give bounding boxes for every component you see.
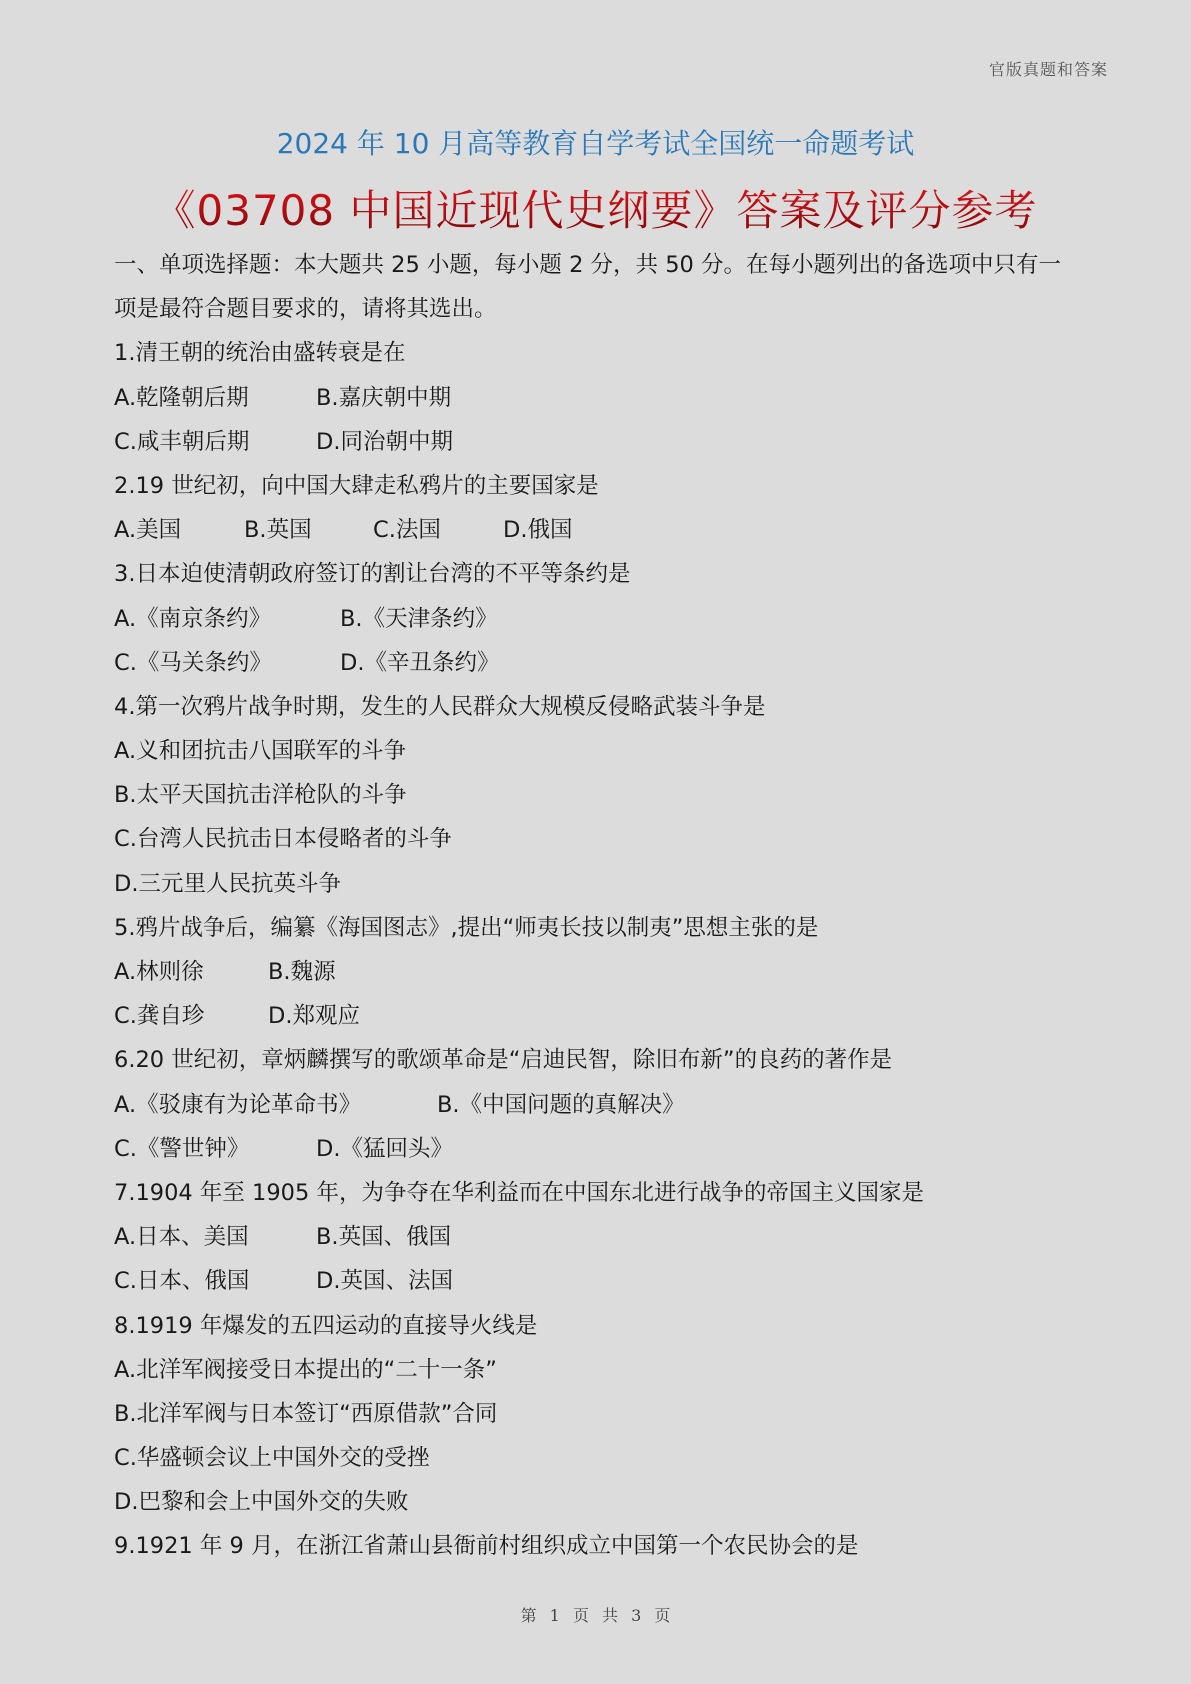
options-row: C.《警世钟》D.《猛回头》 [114,1127,1104,1171]
options-row: C.龚自珍D.郑观应 [114,994,1104,1038]
options-row: A.日本、美国B.英国、俄国 [114,1215,1104,1259]
option-c: C.华盛顿会议上中国外交的受挫 [114,1436,1104,1480]
options-row: A.《南京条约》B.《天津条约》 [114,597,1104,641]
options-row: A.乾隆朝后期B.嘉庆朝中期 [114,376,1104,420]
option-a: A.林则徐 [114,950,268,994]
option-a: A.北洋军阀接受日本提出的“二十一条” [114,1348,1104,1392]
options-row: C.《马关条约》D.《辛丑条约》 [114,641,1104,685]
question-stem-4: 4.第一次鸦片战争时期，发生的人民群众大规模反侵略武装斗争是 [114,685,1104,729]
option-a: A.义和团抗击八国联军的斗争 [114,729,1104,773]
option-d: D.郑观应 [268,994,360,1038]
option-b: B.英国 [244,508,373,552]
option-a: A.日本、美国 [114,1215,316,1259]
option-a: A.《南京条约》 [114,597,340,641]
option-a: A.美国 [114,508,244,552]
option-c: C.咸丰朝后期 [114,420,316,464]
options-row: A.林则徐B.魏源 [114,950,1104,994]
option-d: D.巴黎和会上中国外交的失败 [114,1480,1104,1524]
question-stem-8: 8.1919 年爆发的五四运动的直接导火线是 [114,1304,1104,1348]
option-b: B.太平天国抗击洋枪队的斗争 [114,773,1104,817]
option-d: D.同治朝中期 [316,420,453,464]
option-c: C.龚自珍 [114,994,268,1038]
document-body: 一、单项选择题：本大题共 25 小题，每小题 2 分，共 50 分。在每小题列出… [114,243,1104,1569]
section-instruction: 一、单项选择题：本大题共 25 小题，每小题 2 分，共 50 分。在每小题列出… [114,243,1104,287]
question-stem-2: 2.19 世纪初，向中国大肆走私鸦片的主要国家是 [114,464,1104,508]
option-b: B.英国、俄国 [316,1215,451,1259]
option-c: C.日本、俄国 [114,1259,316,1303]
option-b: B.《天津条约》 [340,597,498,641]
question-stem-7: 7.1904 年至 1905 年，为争夺在华利益而在中国东北进行战争的帝国主义国… [114,1171,1104,1215]
question-stem-6: 6.20 世纪初，章炳麟撰写的歌颂革命是“启迪民智，除旧布新”的良药的著作是 [114,1038,1104,1082]
exam-subtitle: 2024 年 10 月高等教育自学考试全国统一命题考试 [0,122,1191,162]
option-c: C.《警世钟》 [114,1127,316,1171]
option-a: A.乾隆朝后期 [114,376,316,420]
option-d: D.《猛回头》 [316,1127,453,1171]
option-b: B.嘉庆朝中期 [316,376,451,420]
options-row: A.《驳康有为论革命书》B.《中国问题的真解决》 [114,1083,1104,1127]
question-stem-1: 1.清王朝的统治由盛转衰是在 [114,331,1104,375]
question-stem-3: 3.日本迫使清朝政府签订的割让台湾的不平等条约是 [114,552,1104,596]
options-row: C.日本、俄国D.英国、法国 [114,1259,1104,1303]
options-row: C.咸丰朝后期D.同治朝中期 [114,420,1104,464]
option-d: D.英国、法国 [316,1259,453,1303]
document-title: 《03708 中国近现代史纲要》答案及评分参考 [0,178,1191,238]
option-c: C.台湾人民抗击日本侵略者的斗争 [114,817,1104,861]
page-indicator: 第 1 页 共 3 页 [0,1603,1191,1626]
option-c: C.《马关条约》 [114,641,340,685]
option-c: C.法国 [373,508,503,552]
option-b: B.魏源 [268,950,336,994]
question-stem-9: 9.1921 年 9 月，在浙江省萧山县衙前村组织成立中国第一个农民协会的是 [114,1524,1104,1568]
header-note: 官版真题和答案 [989,57,1108,80]
option-d: D.俄国 [503,508,572,552]
option-b: B.北洋军阀与日本签订“西原借款”合同 [114,1392,1104,1436]
option-d: D.三元里人民抗英斗争 [114,862,1104,906]
section-instruction-cont: 项是最符合题目要求的，请将其选出。 [114,287,1104,331]
option-d: D.《辛丑条约》 [340,641,499,685]
question-stem-5: 5.鸦片战争后，编纂《海国图志》,提出“师夷长技以制夷”思想主张的是 [114,906,1104,950]
option-b: B.《中国问题的真解决》 [437,1083,685,1127]
options-row: A.美国B.英国C.法国D.俄国 [114,508,1104,552]
option-a: A.《驳康有为论革命书》 [114,1083,437,1127]
